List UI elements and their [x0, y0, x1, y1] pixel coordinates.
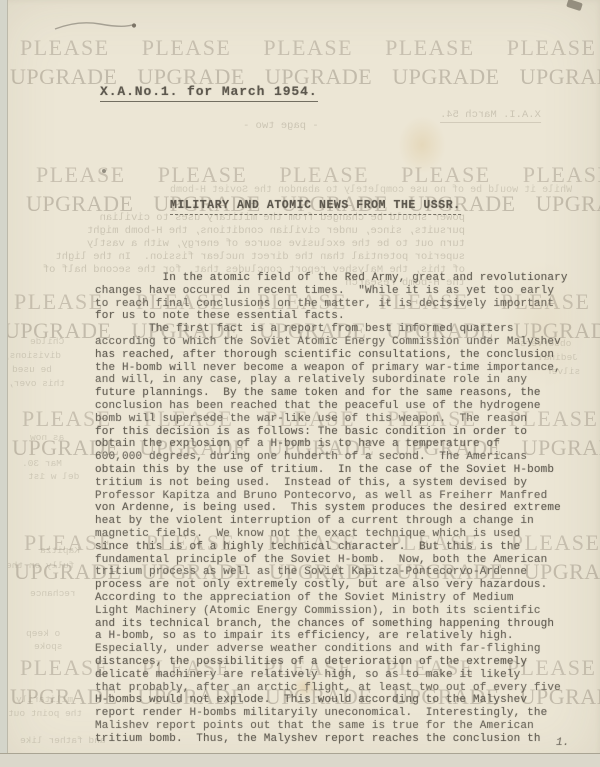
body-line: the H-bomb will never become a weapon of…	[95, 362, 580, 375]
body-line: for us to note these essential facts.	[95, 310, 580, 323]
body-line: to reach final conclusions on the matter…	[95, 298, 580, 311]
body-line: bomb will supersede the war-like use of …	[95, 413, 580, 426]
page-number: 1.	[556, 737, 569, 749]
body-line: that probably, after an arctic flight, a…	[95, 682, 580, 695]
body-line: The first fact is a report from best inf…	[95, 323, 580, 336]
body-line: tritium process as well as the Soviet Ka…	[95, 566, 580, 579]
bleed-through-fragment: fully on the	[6, 560, 74, 571]
body-line: heat by the violent interruption of a cu…	[95, 515, 580, 528]
body-line: H-bombs would not explode. This would ac…	[95, 694, 580, 707]
body-line: according to which the Soviet Atomic Ene…	[95, 336, 580, 349]
body-line: process are not only extremely costly, b…	[95, 579, 580, 592]
bleed-through-fragment: militarily	[16, 694, 73, 705]
watermark-word-please: PLEASE	[158, 162, 248, 187]
body-text: In the atomic field of the Red Army, gre…	[95, 272, 580, 745]
bleed-through-fragment: as now	[30, 432, 64, 443]
watermark-word-please: PLEASE	[401, 162, 491, 187]
bleed-through-fragment: spoke	[34, 641, 63, 652]
bleed-through-fragment: del w 1st	[28, 471, 79, 482]
body-line: conclusion has been reached that the pea…	[95, 400, 580, 413]
body-line: tritium bomb. Thus, the Malyshev report …	[95, 733, 580, 746]
bleed-through-line: superior potential than the direct nucle…	[60, 251, 465, 264]
watermark-word-please: PLEASE	[507, 35, 597, 60]
body-line: Professor Kapitza and Bruno Pontecorvo, …	[95, 490, 580, 503]
body-line: Especially, under adverse weather condit…	[95, 643, 580, 656]
bleed-through-fragment: this over,	[8, 378, 65, 389]
bleed-through-fragment: o keep	[26, 628, 60, 639]
body-line: 600,000 degrees, during one hunderth of …	[95, 451, 580, 464]
body-line: future plannings. By the same token and …	[95, 387, 580, 400]
body-line: Malishev report points out that the same…	[95, 720, 580, 733]
bleed-through-fragment: and father like	[20, 735, 106, 746]
body-line: since this is of a highly technical char…	[95, 541, 580, 554]
body-line: and will, in any case, play a relatively…	[95, 374, 580, 387]
watermark-word-please: PLEASE	[20, 35, 110, 60]
scanned-document-page: PLEASEPLEASEPLEASEPLEASEPLEASEPLEASEUPGR…	[0, 0, 600, 767]
pencil-dot	[102, 169, 106, 173]
watermark-word-please: PLEASE	[142, 35, 232, 60]
body-line: fundamental principle of the Soviet H-bo…	[95, 554, 580, 567]
bleed-through-fragment: rechance	[30, 588, 76, 599]
body-line: In the atomic field of the Red Army, gre…	[95, 272, 580, 285]
body-line: von Ardenne, is being used. This system …	[95, 502, 580, 515]
body-line: obtain this by the use of tritium. In th…	[95, 464, 580, 477]
bleed-through-fragment: Childe	[30, 336, 64, 347]
body-line: and its technical branch, the chances of…	[95, 618, 580, 631]
body-line: has reached, after thorough scientific c…	[95, 349, 580, 362]
body-line: changes have occured in recent times. "W…	[95, 285, 580, 298]
bleed-through-fragment: Kapitza	[40, 545, 80, 556]
scan-edge-bottom	[0, 753, 600, 767]
bleed-through-page-label: - page two -	[243, 120, 319, 132]
body-line: magnetic fields. We know not the exact t…	[95, 528, 580, 541]
body-line: tritium is not being used. Instead of th…	[95, 477, 580, 490]
watermark-word-please: PLEASE	[36, 162, 126, 187]
bleed-through-line: pursuits, since, under civilian conditio…	[60, 225, 465, 238]
watermark-word-please: PLEASE	[385, 35, 475, 60]
watermark-row: PLEASEPLEASEPLEASEPLEASEPLEASEPLEASEUPGR…	[10, 33, 600, 91]
body-line: According to the appreciation of the Sov…	[95, 592, 580, 605]
page-title: MILITARY AND ATOMIC NEWS FROM THE USSR.	[170, 199, 461, 215]
bleed-through-fragment: be used	[12, 364, 52, 375]
bleed-through-fragment: the point out	[8, 708, 82, 719]
watermark-word-please: PLEASE	[523, 162, 600, 187]
body-line: a H-bomb, so as to impair its efficiency…	[95, 630, 580, 643]
bleed-through-header: X.A.I. March 54.	[440, 97, 566, 133]
bleed-through-header-text: X.A.I. March 54.	[440, 109, 541, 123]
bleed-through-fragment: divisions,	[4, 350, 61, 361]
bleed-through-line: turn out to be the exclusive source of e…	[60, 238, 465, 251]
body-line: obtain the explosion of a H-bomb is to h…	[95, 438, 580, 451]
watermark-word-upgrade: UPGRADE	[392, 64, 499, 89]
scan-edge-left	[0, 0, 8, 767]
watermark-word-please: PLEASE	[14, 289, 104, 314]
body-line: report render H-bombs militaryily unecon…	[95, 707, 580, 720]
watermark-word-upgrade: UPGRADE	[520, 64, 600, 89]
bleed-through-fragment: Mar 30.	[22, 458, 62, 469]
body-line: for this decision is as follows: The bas…	[95, 426, 580, 439]
watermark-word-please: PLEASE	[263, 35, 353, 60]
body-line: delicate machinery are relatively high, …	[95, 669, 580, 682]
body-line: distances, the possibilities of a deteri…	[95, 656, 580, 669]
watermark-word-please: PLEASE	[279, 162, 369, 187]
bleed-through-fragment: While it would be of no use completely t…	[170, 185, 572, 196]
body-line: Light Machinery (Atomic Energy Commissio…	[95, 605, 580, 618]
document-reference-line: X.A.No.1. for March 1954.	[100, 84, 318, 102]
pencil-mark	[50, 14, 142, 38]
